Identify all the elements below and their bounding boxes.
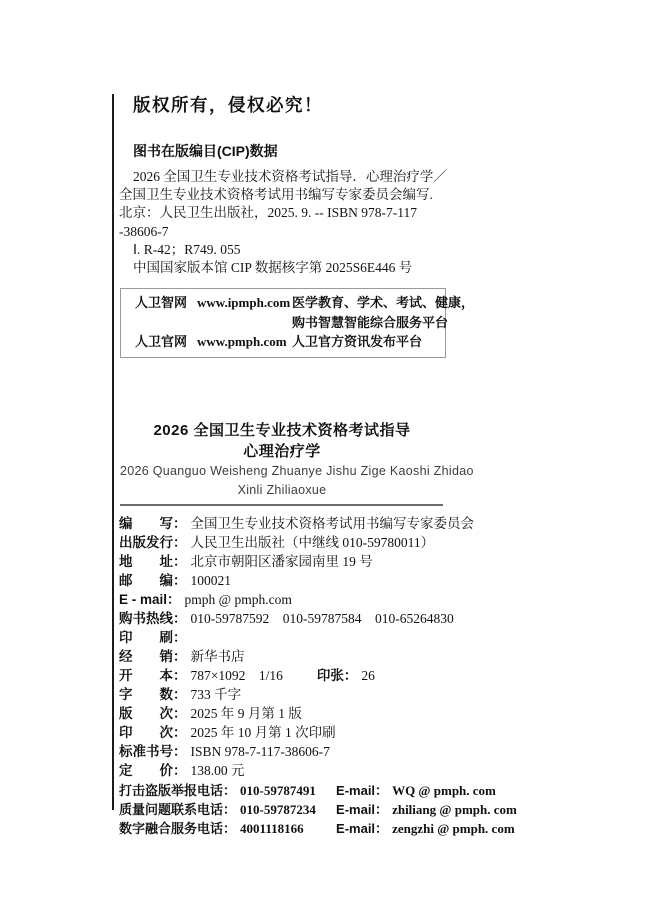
platform-description: 人卫官方资讯发布平台	[292, 332, 474, 352]
colophon-value: 2025 年 9 月第 1 版	[191, 704, 302, 723]
platform-name	[135, 313, 197, 333]
sheets-value: 26	[361, 666, 375, 685]
platform-url	[197, 313, 292, 333]
book-title: 心理治疗学	[120, 441, 444, 462]
cip-line: 中国国家版本馆 CIP 数据核字第 2025S6E446 号	[119, 259, 559, 277]
colophon-value: ISBN 978-7-117-38606-7	[191, 742, 330, 761]
colon: ：	[173, 647, 187, 666]
colophon-row-printer: 印 刷：	[119, 628, 559, 647]
colophon-row-editor: 编 写：全国卫生专业技术资格考试用书编写专家委员会	[119, 514, 559, 533]
hotline-phone: 4001118166	[240, 819, 336, 838]
platform-description: 购书智慧智能综合服务平台	[292, 313, 474, 333]
colophon-row-edition: 版 次：2025 年 9 月第 1 版	[119, 704, 559, 723]
colon: ：	[173, 628, 187, 647]
colophon-value: pmph @ pmph.com	[185, 590, 292, 609]
colophon-row-isbn: 标准书号：ISBN 978-7-117-38606-7	[119, 742, 559, 761]
colophon-label: 定 价	[119, 761, 173, 780]
colophon-value: 787×1092 1/16	[191, 666, 283, 685]
colophon-value: 全国卫生专业技术资格考试用书编写专家委员会	[191, 514, 475, 533]
colophon-row-email: E - mail：pmph @ pmph.com	[119, 590, 559, 609]
colophon-value: 010-59787592 010-59787584 010-65264830	[191, 609, 454, 628]
hotline-row-piracy: 打击盗版举报电话：010-59787491E-mail：WQ @ pmph. c…	[119, 781, 559, 800]
colophon-row-format: 开 本：787×1092 1/16印张：26	[119, 666, 559, 685]
series-title-pinyin: 2026 Quanguo Weisheng Zhuanye Jishu Zige…	[120, 462, 444, 481]
cip-line: 全国卫生专业技术资格考试用书编写专家委员会编写.	[119, 186, 559, 204]
hotline-email: WQ @ pmph. com	[392, 781, 496, 800]
hotline-row-quality: 质量问题联系电话：010-59787234E-mail：zhiliang @ p…	[119, 800, 559, 819]
colon: ：	[167, 590, 181, 609]
colon: ：	[173, 666, 187, 685]
colon: ：	[173, 571, 187, 590]
colophon-label: 邮 编	[119, 571, 173, 590]
platform-url: www.pmph.com	[197, 332, 292, 352]
copyright-page: 版权所有，侵权必究！ 图书在版编目(CIP)数据 2026 全国卫生专业技术资格…	[0, 0, 656, 900]
colon: ：	[173, 552, 187, 571]
left-margin-rule	[112, 94, 114, 810]
colophon-row-publisher: 出版发行：人民卫生出版社（中继线 010-59780011）	[119, 533, 559, 552]
colon: ：	[344, 666, 358, 685]
title-divider	[120, 504, 443, 506]
colon: ：	[375, 819, 388, 838]
colon: ：	[173, 761, 187, 780]
hotlines: 打击盗版举报电话：010-59787491E-mail：WQ @ pmph. c…	[119, 781, 559, 838]
colophon-label: 字 数	[119, 685, 173, 704]
colophon-row-address: 地 址：北京市朝阳区潘家园南里 19 号	[119, 552, 559, 571]
cip-data-block: 2026 全国卫生专业技术资格考试指导．心理治疗学／ 全国卫生专业技术资格考试用…	[119, 168, 559, 277]
sheets-label: 印张	[317, 666, 344, 685]
hotline-label: 数字融合服务电话	[119, 819, 223, 838]
colon: ：	[223, 781, 236, 800]
colon: ：	[173, 704, 187, 723]
colophon-label: 版 次	[119, 704, 173, 723]
colophon-value: 北京市朝阳区潘家园南里 19 号	[191, 552, 373, 571]
colon: ：	[223, 819, 236, 838]
hotline-label: 质量问题联系电话	[119, 800, 223, 819]
colophon-label: 经 销	[119, 647, 173, 666]
book-title-pinyin: Xinli Zhiliaoxue	[120, 481, 444, 500]
colon: ：	[173, 685, 187, 704]
cip-heading: 图书在版编目(CIP)数据	[133, 143, 559, 159]
colon: ：	[173, 723, 187, 742]
colophon-value: 2025 年 10 月第 1 次印刷	[191, 723, 336, 742]
colophon-list: 编 写：全国卫生专业技术资格考试用书编写专家委员会 出版发行：人民卫生出版社（中…	[119, 514, 559, 780]
cip-line: 北京：人民卫生出版社，2025. 9. -- ISBN 978-7-117	[119, 204, 559, 222]
hotline-phone: 010-59787234	[240, 800, 336, 819]
colophon-label: 地 址	[119, 552, 173, 571]
colophon-label: 出版发行	[119, 533, 173, 552]
email-label: E-mail	[336, 800, 375, 819]
colophon-row-postcode: 邮 编：100021	[119, 571, 559, 590]
colophon-label: E - mail	[119, 590, 167, 609]
platform-name: 人卫官网	[135, 332, 197, 352]
colophon-row-price: 定 价：138.00 元	[119, 761, 559, 780]
book-title-block: 2026 全国卫生专业技术资格考试指导 心理治疗学 2026 Quanguo W…	[120, 420, 444, 500]
cip-line: -38606-7	[119, 223, 559, 241]
hotline-row-digital: 数字融合服务电话：4001118166E-mail：zengzhi @ pmph…	[119, 819, 559, 838]
colophon-label: 编 写	[119, 514, 173, 533]
cip-line: Ⅰ. R-42；R749. 055	[119, 241, 559, 259]
hotline-label: 打击盗版举报电话	[119, 781, 223, 800]
platform-url: www.ipmph.com	[197, 293, 292, 313]
page-content: 版权所有，侵权必究！ 图书在版编目(CIP)数据 2026 全国卫生专业技术资格…	[119, 95, 559, 838]
publisher-platforms-box: 人卫智网 www.ipmph.com 医学教育、学术、考试、健康， 购书智慧智能…	[120, 288, 446, 358]
colon: ：	[173, 609, 187, 628]
email-label: E-mail	[336, 781, 375, 800]
colophon-label: 印 刷	[119, 628, 173, 647]
colon: ：	[173, 514, 187, 533]
colophon-label: 购书热线	[119, 609, 173, 628]
platform-description: 医学教育、学术、考试、健康，	[292, 293, 474, 313]
colon: ：	[173, 742, 187, 761]
colophon-row-distributor: 经 销：新华书店	[119, 647, 559, 666]
platform-name: 人卫智网	[135, 293, 197, 313]
colophon-value: 新华书店	[191, 647, 245, 666]
hotline-email: zhiliang @ pmph. com	[392, 800, 517, 819]
colophon-row-order-hotline: 购书热线：010-59787592 010-59787584 010-65264…	[119, 609, 559, 628]
colophon-label: 标准书号	[119, 742, 173, 761]
colon: ：	[375, 800, 388, 819]
hotline-phone: 010-59787491	[240, 781, 336, 800]
colon: ：	[173, 533, 187, 552]
colon: ：	[223, 800, 236, 819]
colophon-value: 人民卫生出版社（中继线 010-59780011）	[191, 533, 435, 552]
colophon-row-wordcount: 字 数：733 千字	[119, 685, 559, 704]
colon: ：	[375, 781, 388, 800]
series-title: 2026 全国卫生专业技术资格考试指导	[120, 420, 444, 441]
cip-line: 2026 全国卫生专业技术资格考试指导．心理治疗学／	[119, 168, 559, 186]
colophon-row-printing: 印 次：2025 年 10 月第 1 次印刷	[119, 723, 559, 742]
colophon-label: 开 本	[119, 666, 173, 685]
colophon-value: 733 千字	[191, 685, 242, 704]
copyright-notice: 版权所有，侵权必究！	[133, 95, 559, 115]
colophon-label: 印 次	[119, 723, 173, 742]
email-label: E-mail	[336, 819, 375, 838]
colophon-value: 138.00 元	[191, 761, 245, 780]
hotline-email: zengzhi @ pmph. com	[392, 819, 515, 838]
colophon-value: 100021	[191, 571, 232, 590]
